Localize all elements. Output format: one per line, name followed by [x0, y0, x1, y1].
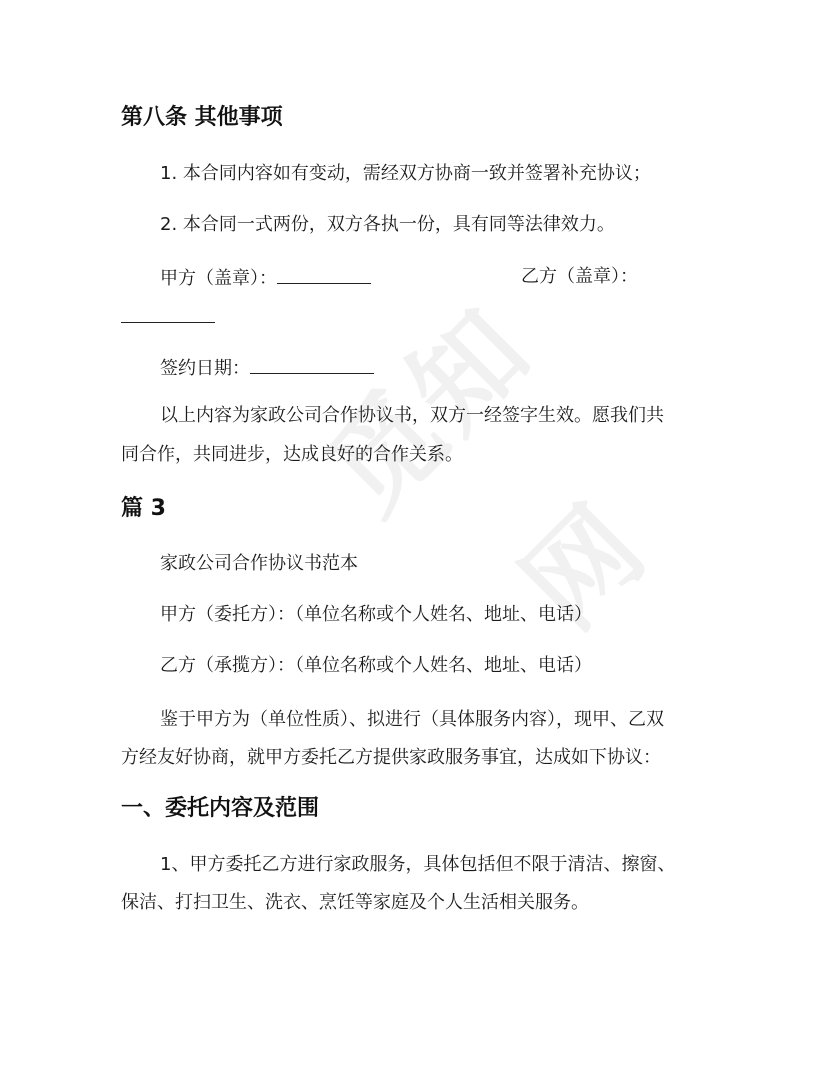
section1-item1-line-1: 1、甲方委托乙方进行家政服务，具体包括但不限于清洁、擦窗、	[160, 853, 675, 877]
article8-item-1: 1. 本合同内容如有变动，需经双方协商一致并签署补充协议；	[160, 162, 651, 186]
article8-heading: 第八条 其他事项	[121, 104, 283, 132]
closing-line-1: 以上内容为家政公司合作协议书，双方一经签字生效。愿我们共	[160, 404, 664, 428]
sign-date-label: 签约日期：	[160, 358, 250, 379]
article8-item-2: 2. 本合同一式两份，双方各执一份，具有同等法律效力。	[160, 213, 615, 237]
party-a-seal-row: 甲方（盖章）：	[160, 265, 371, 291]
part3-heading: 篇 3	[121, 495, 166, 523]
sign-date-blank[interactable]	[250, 355, 374, 374]
preamble-line-2: 方经友好协商，就甲方委托乙方提供家政服务事宜，达成如下协议：	[121, 746, 661, 770]
party-b-seal-blank[interactable]	[121, 304, 215, 323]
closing-line-2: 同合作，共同进步，达成良好的合作关系。	[121, 443, 463, 467]
party-b-seal-row	[121, 304, 215, 330]
part3-title: 家政公司合作协议书范本	[160, 552, 358, 576]
party-a-seal-label: 甲方（盖章）：	[160, 268, 277, 289]
document-page: 觅知网 第八条 其他事项 1. 本合同内容如有变动，需经双方协商一致并签署补充协…	[0, 0, 830, 1074]
sign-date-row: 签约日期：	[160, 355, 374, 381]
party-a-seal-blank[interactable]	[277, 265, 371, 284]
part3-party-a: 甲方（委托方）：（单位名称或个人姓名、地址、电话）	[160, 603, 592, 627]
section1-heading: 一、委托内容及范围	[121, 795, 319, 823]
section1-item1-line-2: 保洁、打扫卫生、洗衣、烹饪等家庭及个人生活相关服务。	[121, 891, 589, 915]
preamble-line-1: 鉴于甲方为（单位性质）、拟进行（具体服务内容），现甲、乙双	[160, 708, 664, 732]
party-b-seal-label: 乙方（盖章）：	[521, 265, 638, 289]
part3-party-b: 乙方（承揽方）：（单位名称或个人姓名、地址、电话）	[160, 654, 592, 678]
